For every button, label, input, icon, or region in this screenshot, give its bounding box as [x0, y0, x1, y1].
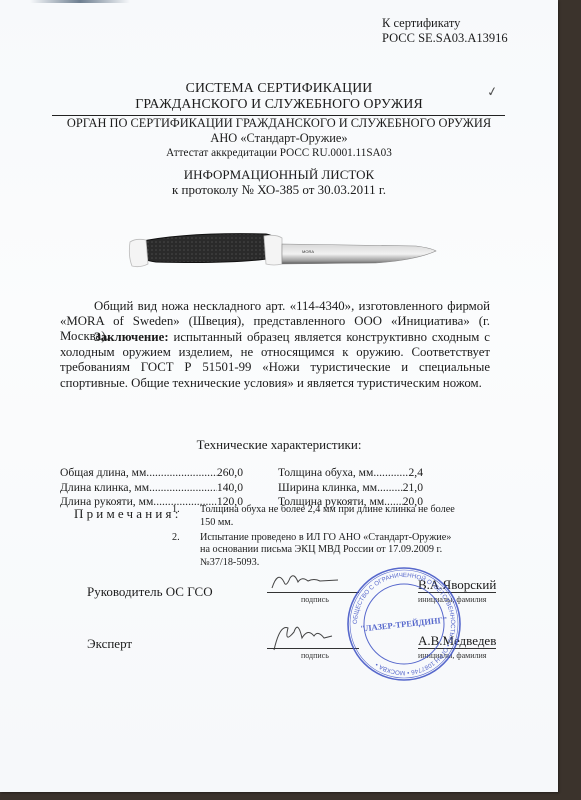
specs-title: Технические характеристики: [0, 437, 558, 453]
cert-ref-line1: К сертификату [382, 16, 508, 31]
spec-row: Ширина клинка, мм21,0 [278, 481, 423, 496]
scan-edge-artifact [30, 0, 130, 3]
svg-text:MORA: MORA [302, 249, 314, 254]
conclusion-paragraph: Заключение: испытанный образец является … [60, 330, 490, 391]
spec-row: Общая длина, мм260,0 [60, 466, 243, 481]
organ-name: ОРГАН ПО СЕРТИФИКАЦИИ ГРАЖДАНСКОГО И СЛУ… [0, 116, 558, 131]
signatory-role: Эксперт [87, 636, 132, 652]
signature-caption: подпись [301, 651, 329, 660]
signature-scribble-icon [268, 568, 348, 592]
spec-value: 140,0 [217, 481, 243, 496]
cert-ref-line2: РОСС SE.SA03.A13916 [382, 31, 508, 46]
system-line1: СИСТЕМА СЕРТИФИКАЦИИ [0, 80, 558, 96]
protocol-ref: к протоколу № ХО-385 от 30.03.2011 г. [0, 182, 558, 197]
signatory-role: Руководитель ОС ГСО [87, 584, 213, 600]
notes-list: 1.Толщина обуха не более 2,4 мм при длин… [172, 504, 462, 572]
spec-value: 21,0 [403, 481, 423, 496]
knife-image-icon: MORA [126, 224, 446, 274]
info-title: ИНФОРМАЦИОННЫЙ ЛИСТОК [0, 167, 558, 182]
conclusion-label: Заключение: [94, 330, 169, 344]
spec-value: 260,0 [217, 466, 243, 481]
spec-value: 2,4 [409, 466, 424, 481]
note-item: 1.Толщина обуха не более 2,4 мм при длин… [172, 504, 462, 530]
certificate-reference: К сертификату РОСС SE.SA03.A13916 [382, 16, 508, 46]
system-line2: ГРАЖДАНСКОГО И СЛУЖЕБНОГО ОРУЖИЯ [0, 96, 558, 112]
accreditation: Аттестат аккредитации РОСС RU.0001.11SA0… [0, 146, 558, 161]
spec-row: Толщина обуха, мм2,4 [278, 466, 423, 481]
info-heading: ИНФОРМАЦИОННЫЙ ЛИСТОК к протоколу № ХО-3… [0, 167, 558, 197]
stamp-seal-icon: ОБЩЕСТВО С ОГРАНИЧЕННОЙ ОТВЕТСТВЕННОСТЬЮ… [345, 565, 463, 683]
org-name: АНО «Стандарт-Оружие» [0, 131, 558, 146]
organization-block: ОРГАН ПО СЕРТИФИКАЦИИ ГРАЖДАНСКОГО И СЛУ… [0, 116, 558, 161]
spec-row: Длина клинка, мм140,0 [60, 481, 243, 496]
knife-photo: MORA [126, 224, 446, 279]
svg-text:"ЛАЗЕР-ТРЕЙДИНГ": "ЛАЗЕР-ТРЕЙДИНГ" [360, 614, 448, 633]
signature-caption: подпись [301, 595, 329, 604]
notes-label: Примечания: [74, 506, 182, 522]
system-heading: СИСТЕМА СЕРТИФИКАЦИИ ГРАЖДАНСКОГО И СЛУЖ… [0, 80, 558, 112]
document-page: К сертификату РОСС SE.SA03.A13916 СИСТЕМ… [0, 0, 558, 792]
